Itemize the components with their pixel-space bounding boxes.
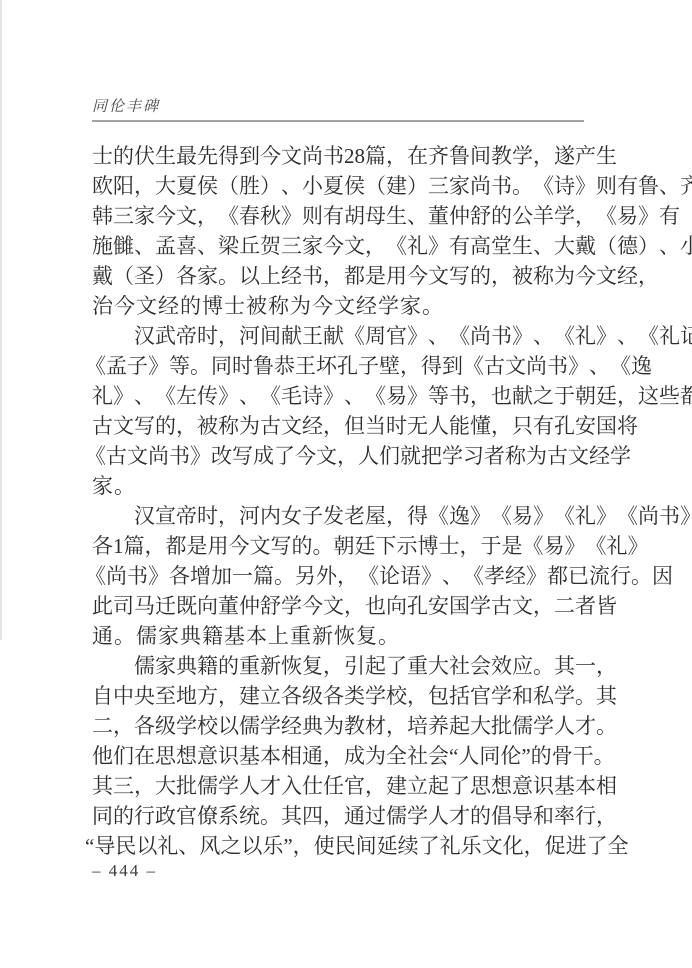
text-line: 施雠、孟喜、梁丘贺三家今文，《礼》有高堂生、大戴（德）、小 bbox=[92, 231, 588, 261]
text-line: 《古文尚书》改写成了今文，人们就把学习者称为古文经学 bbox=[85, 441, 588, 471]
text-line: 《孟子》等。同时鲁恭王坏孔子壁，得到《古文尚书》、《逸 bbox=[85, 351, 588, 381]
text-line: 他们在思想意识基本相通，成为全社会“人同伦”的骨干。 bbox=[92, 741, 588, 771]
text-line: 各1篇，都是用今文写的。朝廷下示博士，于是《易》《礼》 bbox=[92, 531, 588, 561]
text-line: 儒家典籍的重新恢复，引起了重大社会效应。其一， bbox=[92, 651, 588, 681]
text-line: 礼》、《左传》、《毛诗》、《易》等书，也献之于朝廷，这些都是 bbox=[92, 381, 588, 411]
text-line: 汉宣帝时，河内女子发老屋，得《逸》《易》《礼》《尚书》 bbox=[92, 501, 588, 531]
text-line: 通。儒家典籍基本上重新恢复。 bbox=[92, 621, 588, 651]
text-line: 汉武帝时，河间献王献《周官》、《尚书》、《礼》、《礼记》、 bbox=[92, 321, 588, 351]
text-line: 二，各级学校以儒学经典为教材，培养起大批儒学人才。 bbox=[92, 711, 588, 741]
header-rule bbox=[92, 120, 584, 122]
text-line: 自中央至地方，建立各级各类学校，包括官学和私学。其 bbox=[92, 681, 588, 711]
text-line: 戴（圣）各家。以上经书，都是用今文写的，被称为今文经， bbox=[92, 261, 588, 291]
text-line: 欧阳，大夏侯（胜）、小夏侯（建）三家尚书。《诗》则有鲁、齐、 bbox=[92, 171, 588, 201]
body-text: 士的伏生最先得到今文尚书28篇，在齐鲁间教学，遂产生 欧阳，大夏侯（胜）、小夏侯… bbox=[92, 141, 588, 861]
scan-edge bbox=[0, 0, 2, 640]
text-line: 士的伏生最先得到今文尚书28篇，在齐鲁间教学，遂产生 bbox=[92, 141, 588, 171]
text-line: 其三，大批儒学人才入仕任官，建立起了思想意识基本相 bbox=[92, 771, 588, 801]
text-line: 此司马迁既向董仲舒学今文，也向孔安国学古文，二者皆 bbox=[92, 591, 588, 621]
text-line: 治今文经的博士被称为今文经学家。 bbox=[92, 291, 588, 321]
text-line: “导民以礼、风之以乐”，使民间延续了礼乐文化，促进了全 bbox=[85, 831, 588, 861]
running-header: 同伦丰碑 bbox=[92, 97, 160, 117]
text-line: 同的行政官僚系统。其四，通过儒学人才的倡导和率行， bbox=[92, 801, 588, 831]
book-page: 同伦丰碑 士的伏生最先得到今文尚书28篇，在齐鲁间教学，遂产生 欧阳，大夏侯（胜… bbox=[0, 0, 692, 968]
text-line: 古文写的，被称为古文经，但当时无人能懂，只有孔安国将 bbox=[92, 411, 588, 441]
text-line: 家。 bbox=[92, 471, 588, 501]
page-number: – 444 – bbox=[92, 859, 157, 883]
text-line: 《尚书》各增加一篇。另外，《论语》、《孝经》都已流行。因 bbox=[85, 561, 588, 591]
text-line: 韩三家今文，《春秋》则有胡母生、董仲舒的公羊学，《易》有 bbox=[92, 201, 588, 231]
